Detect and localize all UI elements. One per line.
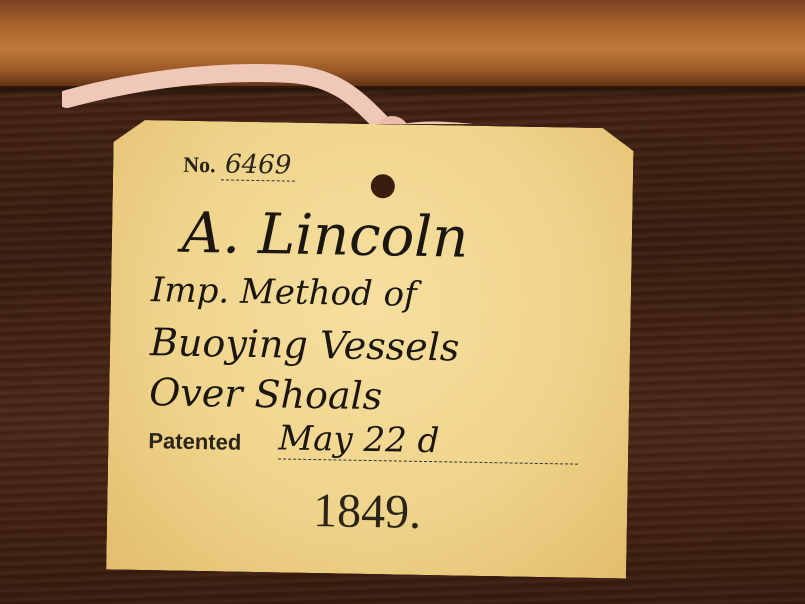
number-value: 6469 — [221, 149, 296, 181]
tag-string — [62, 64, 502, 124]
tag-hole — [371, 174, 395, 198]
patented-date: May 22 d — [278, 418, 579, 464]
patent-tag: No. 6469 A. Lincoln Imp. Method of Buoyi… — [106, 119, 634, 578]
patent-year: 1849. — [107, 479, 628, 543]
inventor-name: A. Lincoln — [181, 201, 468, 271]
patented-label: Patented — [148, 428, 241, 456]
title-line-2: Buoying Vessels — [150, 320, 460, 369]
tag-number: No. 6469 — [183, 149, 296, 181]
title-line-3: Over Shoals — [149, 370, 383, 418]
number-label: No. — [183, 152, 216, 178]
title-line-1: Imp. Method of — [151, 270, 417, 315]
